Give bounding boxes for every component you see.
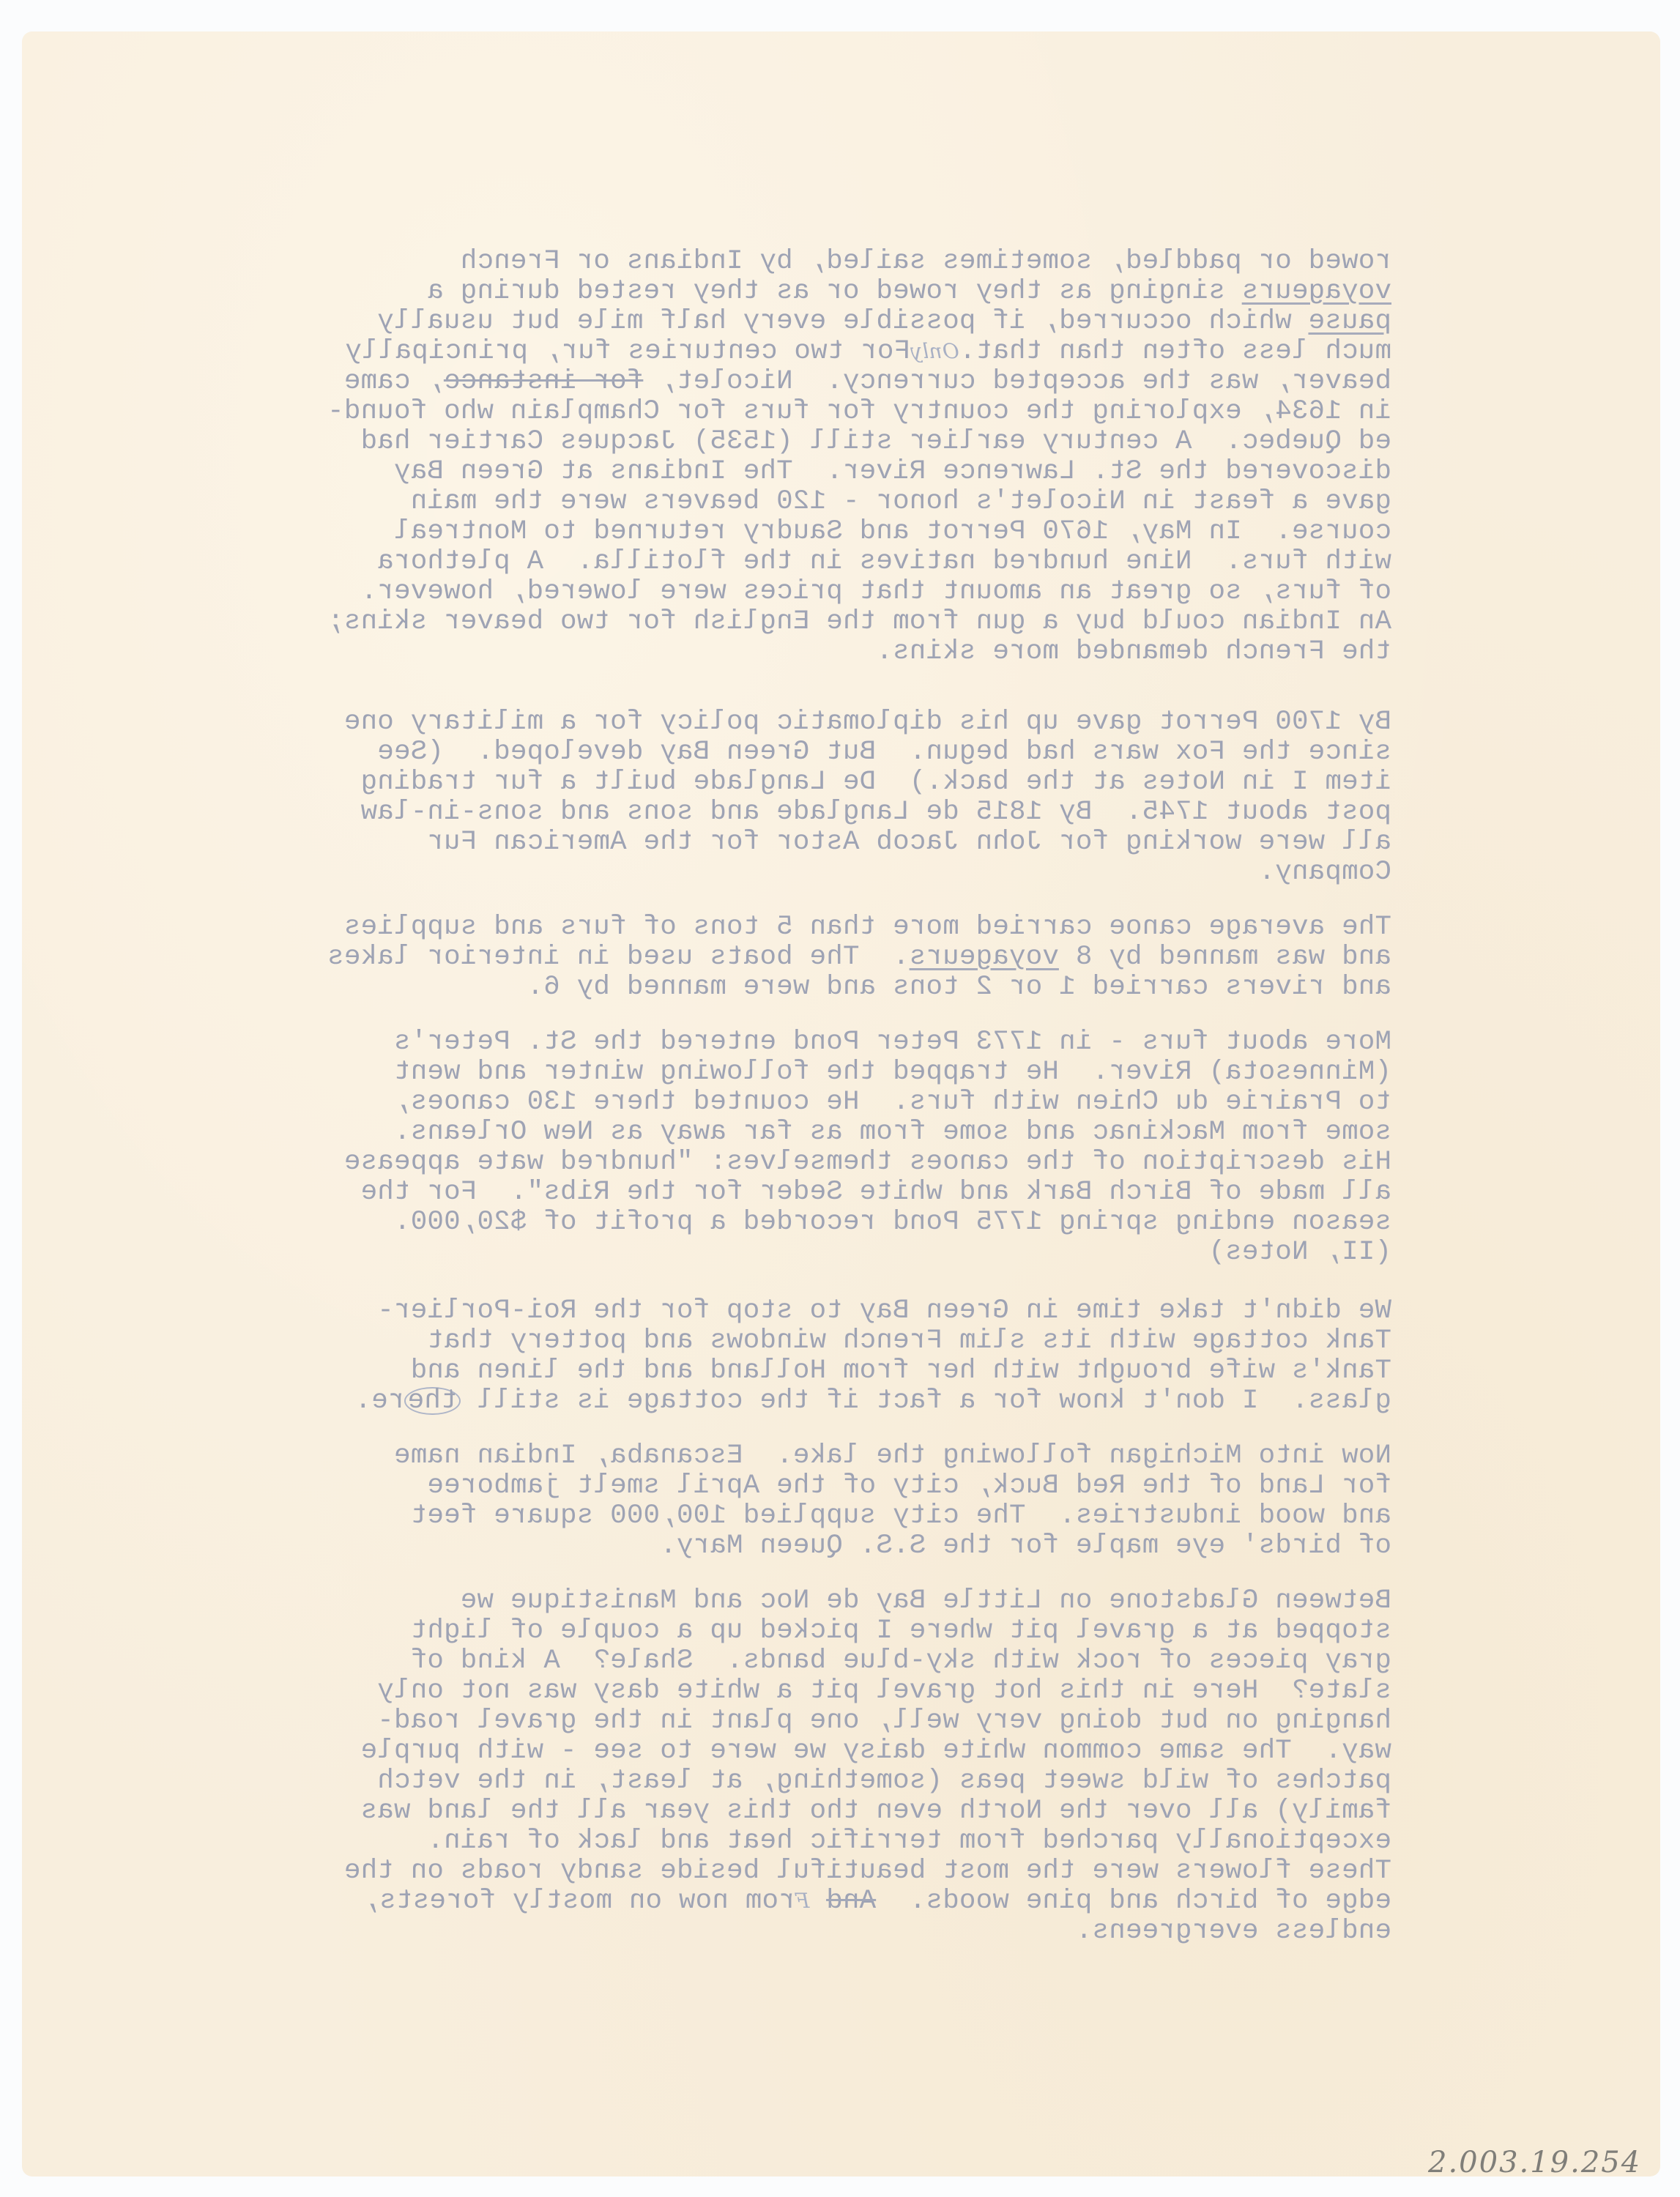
text-line: way. The same common white daisy we were… — [360, 1736, 1391, 1766]
text-line: since the Fox wars had begun. But Green … — [377, 737, 1391, 767]
text-line: The average canoe carried more than 5 to… — [344, 912, 1391, 942]
text-line: An Indian could buy a gun from the Engli… — [327, 607, 1391, 636]
text-line: His description of the canoes themselves… — [344, 1148, 1391, 1177]
struck-text: for instance — [444, 366, 643, 397]
text-line: (Minnesota) River. He trapped the follow… — [394, 1057, 1391, 1087]
mirrored-show-through-text: rowed or paddled, sometimes sailed, by I… — [0, 0, 1680, 2197]
text-line: in 1634, exploring the country for furs … — [327, 397, 1391, 426]
text-line: and wood industries. The city supplied 1… — [410, 1501, 1391, 1531]
text-line: all made of Birch Bark and white Seder f… — [360, 1178, 1391, 1207]
text-line: item I in Notes at the back.) De Langlad… — [360, 767, 1391, 797]
text-line: discovered the St. Lawrence River. The I… — [394, 457, 1391, 486]
text-line: family) all over the North even tho this… — [360, 1796, 1391, 1826]
text-line: endless evergreens. — [1076, 1917, 1391, 1946]
text-line: beaver, was the accepted currency. Nicol… — [344, 367, 1391, 396]
text-line: stopped at a gravel pit where I picked u… — [410, 1616, 1391, 1646]
text-line: pause which occurred, if possible every … — [377, 307, 1391, 336]
text-line: and was manned by 8 voyageurs. The boats… — [327, 943, 1391, 972]
text-line: patches of wild sweet peas (something, a… — [377, 1766, 1391, 1796]
text-line: and rivers carried 1 or 2 tons and were … — [527, 973, 1391, 1002]
text-line: to Prairie du Chien with furs. He counte… — [394, 1088, 1391, 1117]
text-line: slate? Here in this hot gravel pit a whi… — [377, 1676, 1391, 1706]
text-line: hanging on but doing very well, one plan… — [377, 1706, 1391, 1736]
text-line: some from Mackinac and some from as far … — [394, 1118, 1391, 1147]
text-line: season ending spring 1775 Pond recorded … — [394, 1208, 1391, 1237]
text-line: Company. — [1258, 858, 1391, 887]
text-line: voyageurs singing as they rowed or as th… — [427, 277, 1391, 306]
text-line: glass. I don't know for a fact if the co… — [354, 1386, 1391, 1416]
text-line: all were working for John Jacob Astor fo… — [427, 828, 1391, 857]
handwritten-insertion: F — [795, 1889, 810, 1913]
text-line: edge of birch and pine woods. And From n… — [363, 1886, 1391, 1916]
text-line: Tank cottage with its slim French window… — [427, 1326, 1391, 1356]
handwritten-insertion: Only — [910, 339, 959, 363]
text-line: post about 1745. By 1815 de Langlade and… — [360, 798, 1391, 827]
text-line: much less often than that.OnlyFor two ce… — [345, 337, 1391, 366]
text-line: gray pieces of rock with sky-blue bands.… — [410, 1646, 1391, 1676]
text-line: These flowers were the most beautiful be… — [344, 1856, 1391, 1886]
underlined-word: voyageurs — [910, 942, 1059, 973]
text-line: of furs, so great an amount that prices … — [360, 577, 1391, 606]
text-line: the French demanded more skins. — [876, 637, 1391, 666]
text-line: gave a feast in Nicolet's honor - 120 be… — [410, 487, 1391, 516]
struck-text: And — [826, 1886, 876, 1917]
text-line: Tank's wife brought with her from Hollan… — [410, 1356, 1391, 1386]
text-line: More about furs - in 1773 Peter Pond ent… — [394, 1027, 1391, 1057]
underlined-word: voyageurs — [1242, 276, 1391, 307]
text-line: course. In May, 1670 Perrot and Saudry r… — [394, 517, 1391, 546]
text-line: Now into Michigan following the lake. Es… — [394, 1441, 1391, 1471]
text-line: We didn't take time in Green Bay to stop… — [377, 1296, 1391, 1326]
text-line: exceptionally parched from terrific heat… — [427, 1826, 1391, 1856]
text-line: of birds' eye maple for the S.S. Queen M… — [660, 1531, 1391, 1561]
circled-word: the — [404, 1387, 460, 1415]
text-line: By 1700 Perrot gave up his diplomatic po… — [344, 707, 1391, 737]
text-line: rowed or paddled, sometimes sailed, by I… — [461, 247, 1391, 276]
text-line: for Land of the Red Buck, city of the Ap… — [427, 1471, 1391, 1501]
text-line: with furs. Nine hundred natives in the f… — [377, 547, 1391, 576]
text-line: ed Quebec. A century earlier still (1535… — [360, 427, 1391, 456]
text-line: (II, Notes) — [1208, 1238, 1391, 1267]
underlined-word: pause — [1308, 306, 1391, 337]
accession-number: 2.003.19.254 — [1428, 2146, 1641, 2179]
text-line: Between Gladstone on Little Bay de Noc a… — [461, 1586, 1391, 1616]
